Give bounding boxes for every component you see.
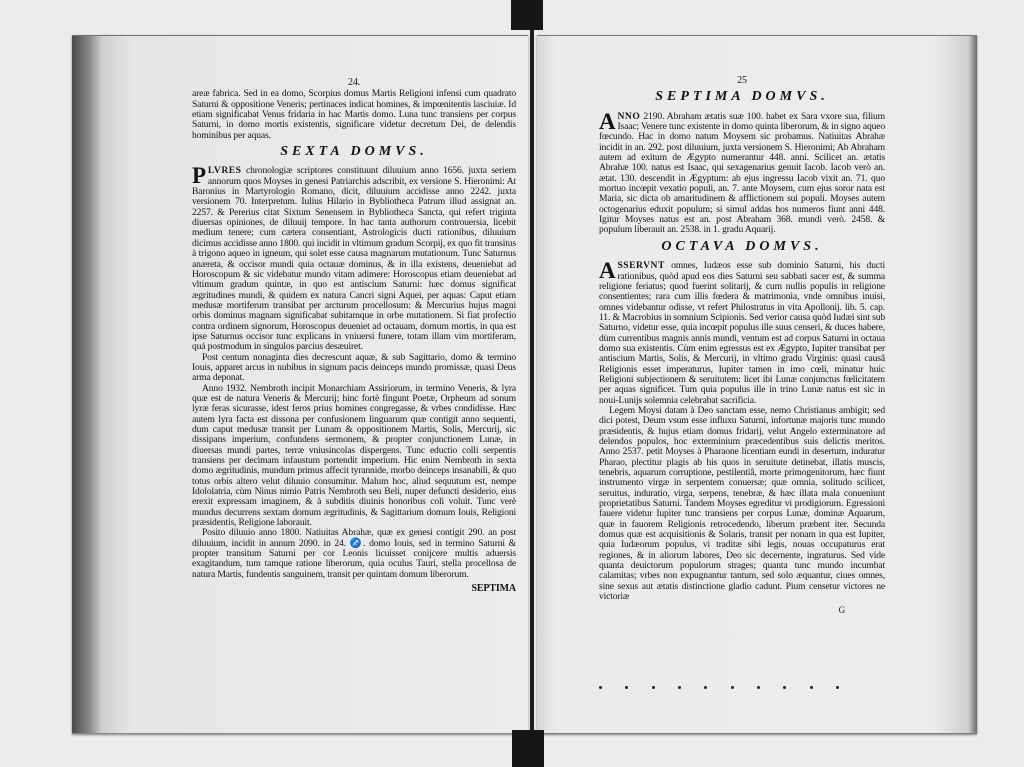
section-heading: SEXTA DOMVS. bbox=[192, 147, 516, 157]
page-number: 25 bbox=[599, 76, 885, 86]
drop-cap: A bbox=[599, 112, 615, 131]
paragraph-text: chronologiæ scriptores constituunt diluu… bbox=[192, 165, 516, 352]
paragraph: Legem Moysi datam à Deo sanctam esse, ne… bbox=[599, 406, 885, 603]
book-gutter bbox=[530, 30, 534, 730]
book-clamp-bottom bbox=[512, 730, 544, 767]
lead-word: LVRES bbox=[208, 165, 242, 176]
intro-paragraph: areæ fabrica. Sed in ea domo, Scorpius d… bbox=[192, 89, 516, 141]
catchword: SEPTIMA bbox=[192, 584, 516, 594]
section-heading: OCTAVA DOMVS. bbox=[599, 242, 885, 252]
drop-cap: P bbox=[192, 166, 206, 185]
paragraph: Anno 1932. Nembroth incipit Monarchiam A… bbox=[192, 384, 516, 529]
left-page: 24. areæ fabrica. Sed in ea domo, Scorpi… bbox=[72, 35, 528, 734]
paragraph: PLVRES chronologiæ scriptores constituun… bbox=[192, 166, 516, 352]
left-page-text: 24. areæ fabrica. Sed in ea domo, Scorpi… bbox=[192, 78, 516, 595]
right-page: 25 SEPTIMA DOMVS. ANNO 2190. Abraham æta… bbox=[537, 35, 977, 734]
paragraph: Posito diluuio anno 1800. Natiuitas Abra… bbox=[192, 528, 516, 580]
page-number: 24. bbox=[192, 78, 516, 88]
drop-cap: A bbox=[599, 261, 615, 280]
right-page-text: 25 SEPTIMA DOMVS. ANNO 2190. Abraham æta… bbox=[599, 76, 885, 615]
paragraph-text: omnes, Iudæos esse sub dominio Saturni, … bbox=[599, 260, 885, 405]
bleed-through-dots bbox=[599, 686, 839, 690]
lead-word: NNO bbox=[617, 111, 640, 122]
lead-word: SSERVNT bbox=[617, 260, 664, 271]
signature-mark: G bbox=[599, 605, 885, 615]
paragraph: ASSERVNT omnes, Iudæos esse sub dominio … bbox=[599, 261, 885, 406]
paragraph: Post centum nonaginta dies decrescunt aq… bbox=[192, 353, 516, 384]
paragraph-text: 2190. Abraham ætatis suæ 100. habet ex S… bbox=[599, 111, 885, 236]
section-heading: SEPTIMA DOMVS. bbox=[599, 92, 885, 102]
paragraph: ANNO 2190. Abraham ætatis suæ 100. habet… bbox=[599, 112, 885, 236]
book-clamp-top bbox=[511, 0, 543, 30]
